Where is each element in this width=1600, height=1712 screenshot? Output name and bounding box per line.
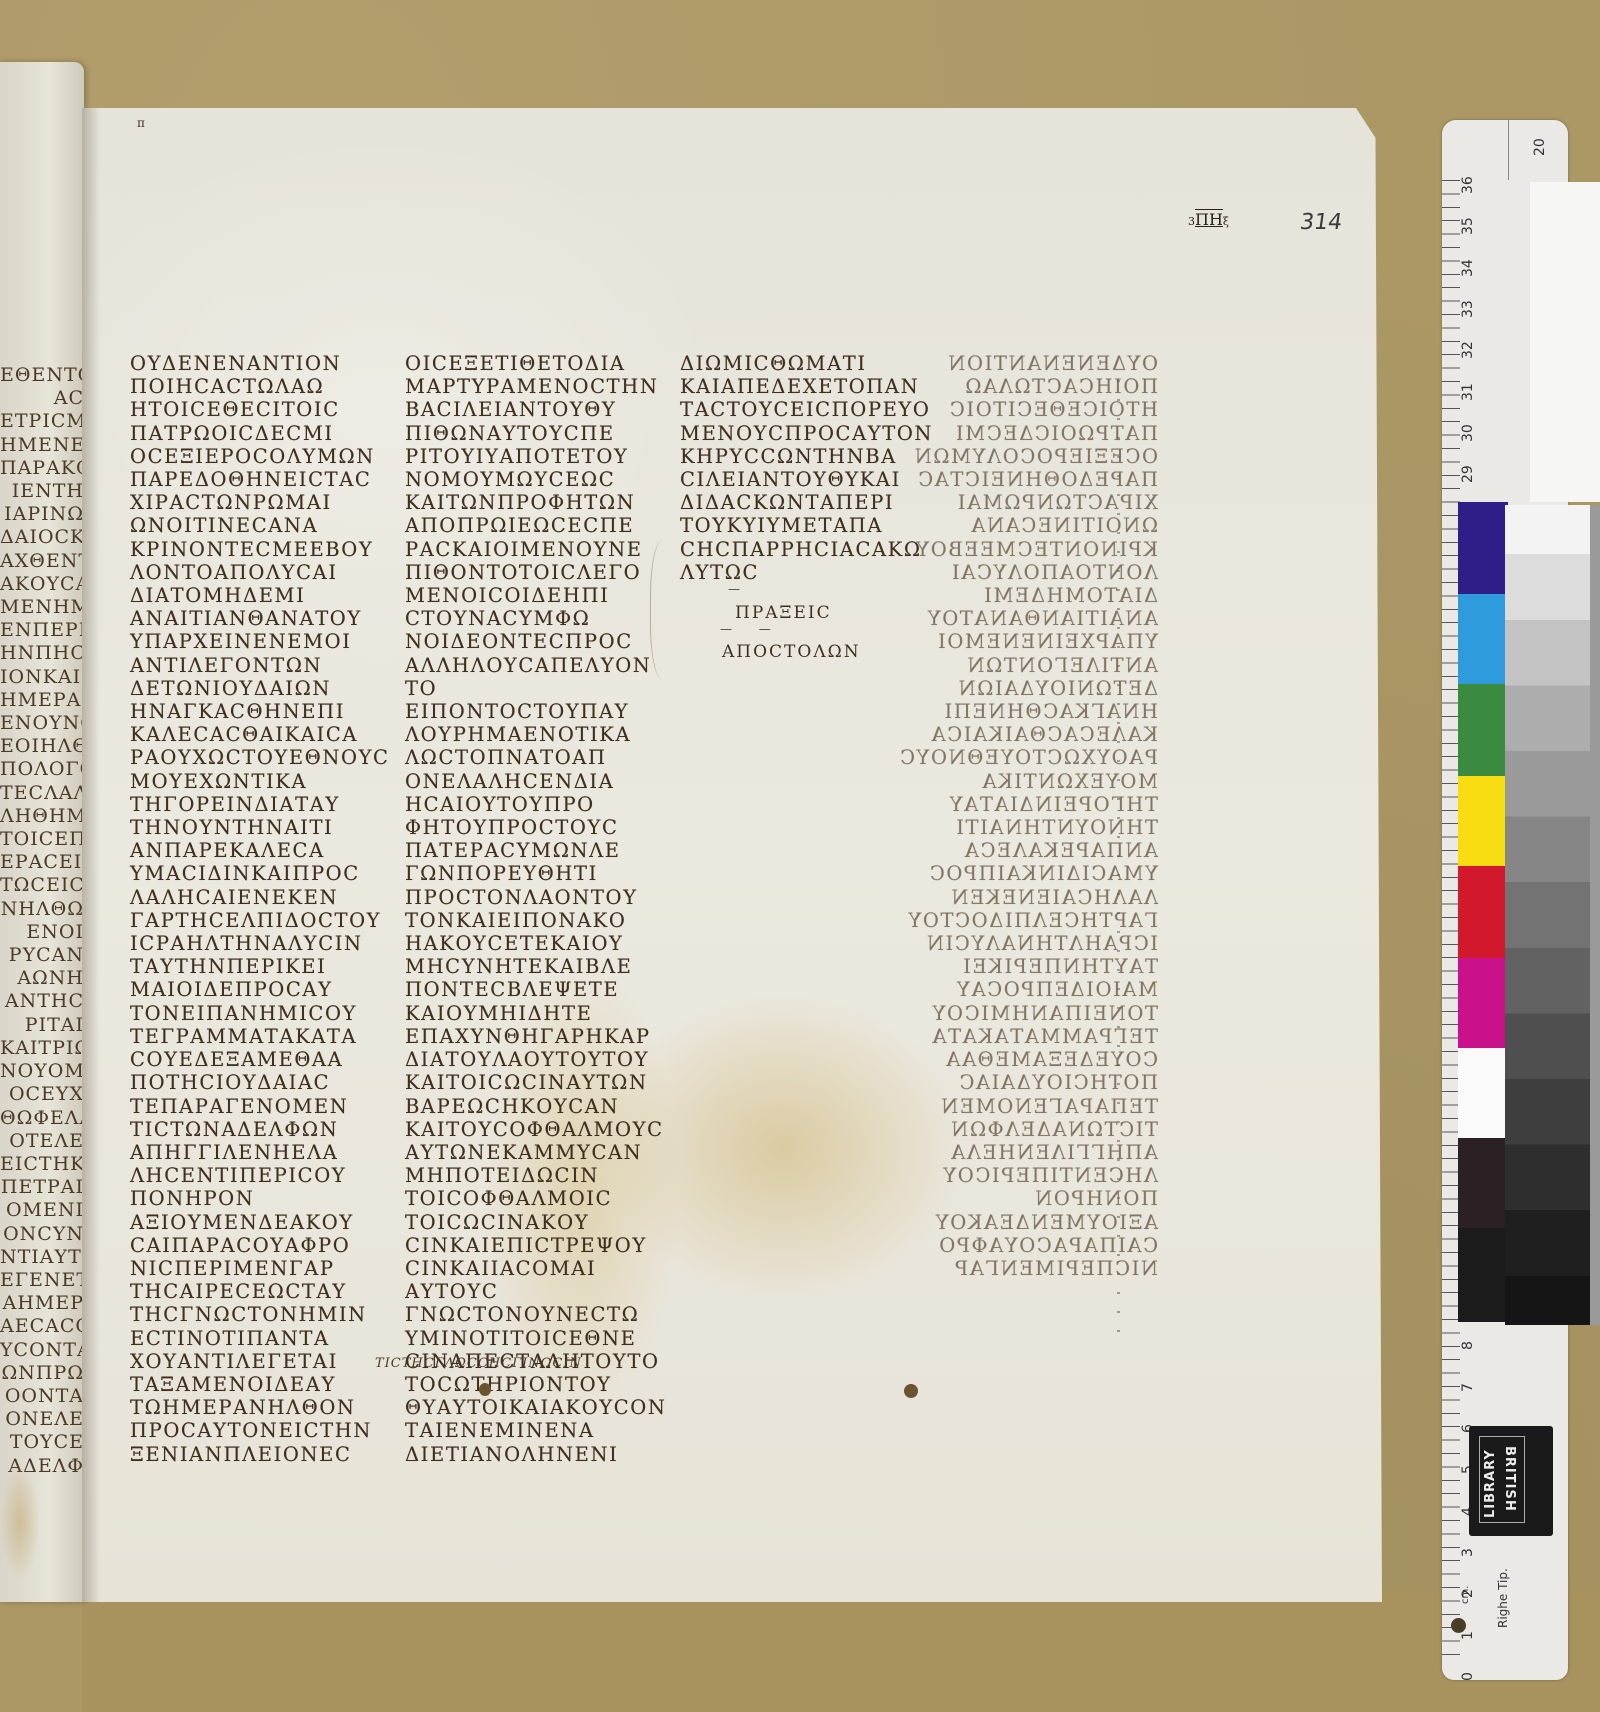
adjacent-text-line: ΑΧΘΕΝΤ <box>0 550 84 573</box>
adjacent-text-line: ΗΜΕΝΕΝ <box>0 434 84 457</box>
text-line: ΤΟΝΚΑΙΕΙΠΟΝΑΚΟ <box>405 909 667 932</box>
swatch-white <box>1458 1048 1508 1138</box>
decorative-dash: — <box>728 582 740 596</box>
text-line: ΓΑΡΤΗCΕΛΠΙΔΟCΤΟΥ <box>130 909 390 932</box>
adjacent-text-line: ΗΜΕΡΑΝΕ <box>0 689 84 712</box>
text-line: ΝΟΜΟΥΜΩΥCΕΩC <box>405 468 667 491</box>
text-line: ΔΙΕΤΙΑΝΟΛΗΝΕΝΙ <box>405 1443 667 1466</box>
ruler-cm-label: 32 <box>1460 341 1476 359</box>
text-line: ΛΩCΤΟΠΝΑΤΟΑΠ <box>405 746 667 769</box>
text-line: ΔΙΑΤΟΜΗΔΕΜΙ <box>130 584 390 607</box>
text-column-3: ΔΙΩΜΙCΘΩΜΑΤΙΚΑΙΑΠΕΔΕΧΕΤΟΠΑΝΤΑCΤΟΥCΕΙCΠΟΡ… <box>680 352 933 584</box>
text-line: ΤΑΙΕΝΕΜΙΝΕΝΑ <box>405 1419 667 1442</box>
adjacent-text-line: ΡΥCΑΝ <box>0 944 84 967</box>
text-line: ΤΑΞΑΜΕΝΟΙΔΕΑΥ <box>130 1373 390 1396</box>
adjacent-text-line: ΕΝΠΕΡΙ <box>0 619 84 642</box>
adjacent-text-line: ΠΕΤΡΑΙ <box>0 1176 84 1199</box>
adjacent-text-line: ΕΡΑCΕΙΠ <box>0 851 84 874</box>
text-line: ΠΑΤΕΡΑCΥΜΩΝΛΕ <box>405 839 667 862</box>
adjacent-text-line: ΝΤΙΑΥΤΟ <box>0 1246 84 1269</box>
text-line: ΧΙΡΑCΤΩΝΡΩΜΑΙ <box>130 491 390 514</box>
text-line: ΧΟΥΑΝΤΙΛΕΓΕΤΑΙ <box>130 1350 390 1373</box>
swatch-cyan <box>1458 594 1508 684</box>
text-line: ΚΗΡΥCCΩΝΤΗΝΒΑ <box>680 445 933 468</box>
adjacent-text-line: ΕΘΕΝΤΟΙΠ <box>0 364 84 387</box>
text-line: ΔΙΩΜΙCΘΩΜΑΤΙ <box>680 352 933 375</box>
adjacent-text-line: ΑΕCΑCΟ <box>0 1315 84 1338</box>
text-line: ΤΩΗΜΕΡΑΝΗΛΘΟΝ <box>130 1396 390 1419</box>
text-line: ΠΙΘΩΝΑΥΤΟΥCΠΕ <box>405 422 667 445</box>
text-line: ΤΗCΑΙΡΕCΕΩCΤΑΥ <box>130 1280 390 1303</box>
adjacent-text-line: ΤΩCΕΙC <box>0 874 84 897</box>
text-line: ΛΗCΕΝΤΙΠΕΡΙCΟΥ <box>130 1164 390 1187</box>
text-line: ΦΗΤΟΥΠΡΟCΤΟΥC <box>405 816 667 839</box>
adjacent-text-line: ΑΚΟΥCΑC <box>0 573 84 596</box>
ruler-cm-label: 8 <box>1460 1341 1476 1350</box>
text-line: ΤΟΝΕΙΠΑΝΗΜΙCΟΥ <box>130 1002 390 1025</box>
text-line: ΜΕΝΟΥCΠΡΟCΑΥΤΟΝ <box>680 422 933 445</box>
ruler-cm-label: 7 <box>1460 1383 1476 1392</box>
adjacent-text-line: ΕΓΕΝΕΤ <box>0 1269 84 1292</box>
adjacent-text-line: ΟΤΕΛΕ <box>0 1130 84 1153</box>
text-line: ΤΕΓΡΑΜΜΑΤΑΚΑΤΑ <box>130 1025 390 1048</box>
text-line: ΠΑΤΡΩΟΙCΔΕCΜΙ <box>130 422 390 445</box>
text-line: ΑΞΙΟΥΜΕΝΔΕΑΚΟΥ <box>130 1211 390 1234</box>
white-reference <box>1530 182 1600 502</box>
text-line: ΚΑΙΤΟΥCΟΦΘΑΛΜΟΥC <box>405 1118 667 1141</box>
subscription-line-2: ΑΠΟCΤΟΛΩΝ <box>722 642 861 662</box>
adjacent-text-line: ΩΝΠΡΩ <box>0 1362 84 1385</box>
text-line: CΤΟΥΝΑCΥΜΦΩ <box>405 607 667 630</box>
ruler-cm-label: 29 <box>1460 465 1476 483</box>
adjacent-text-line: ΙΟΝΚΑΙΜ <box>0 666 84 689</box>
adjacent-text-line: ΟΟΝΤΑ <box>0 1385 84 1408</box>
adjacent-text-line: ΑC <box>0 387 84 410</box>
text-line: ΤΑΥΤΗΝΠΕΡΙΚΕΙ <box>130 955 390 978</box>
adjacent-text-line: ΚΑΙΤΡΙΩ <box>0 1037 84 1060</box>
adjacent-text-line: ΝΟΥΟΜ <box>0 1060 84 1083</box>
ruler-cm-label: 36 <box>1460 176 1476 194</box>
ruler-cm-label: 33 <box>1460 300 1476 318</box>
text-line: ΗCΑΙΟΥΤΟΥΠΡΟ <box>405 793 667 816</box>
ruler-cm-label: 0 <box>1460 1672 1476 1681</box>
text-line: ΔΕΤΩΝΙΟΥΔΑΙΩΝ <box>130 677 390 700</box>
text-line: ΜΗΠΟΤΕΙΔΩCΙΝ <box>405 1164 667 1187</box>
ruler-cm-label: 30 <box>1460 424 1476 442</box>
text-column-2: ΟΙCΕΞΕΤΙΘΕΤΟΔΙΑΜΑΡΤΥΡΑΜΕΝΟCΤΗΝΒΑCΙΛΕΙΑΝΤ… <box>405 352 667 1466</box>
adjacent-page: ΕΘΕΝΤΟΙΠΑCΕΤΡΙCΜΗΝΗΜΕΝΕΝΠΑΡΑΚΟΙΕΝΤΗΙΑΡΙΝ… <box>0 62 84 1602</box>
text-line: ΤΟΙCΩCΙΝΑΚΟΥ <box>405 1211 667 1234</box>
text-line: CΑΙΠΑΡΑCΟΥΑΦΡΟ <box>130 1234 390 1257</box>
adjacent-text-line: ΤΟΙCΕΠΙΜ <box>0 828 84 851</box>
swatch-brown-black <box>1458 1138 1508 1228</box>
mount-board-lower <box>82 1592 1600 1712</box>
ruler-cm-label: 34 <box>1460 259 1476 277</box>
decorative-dash: — — <box>720 622 771 636</box>
text-line: ΔΙΔΑCΚΩΝΤΑΠΕΡΙ <box>680 491 933 514</box>
text-line: ΚΑΙΑΠΕΔΕΧΕΤΟΠΑΝ <box>680 375 933 398</box>
text-line: ΤΗCΓΝΩCΤΟΝΗΜΙΝ <box>130 1303 390 1326</box>
text-line: ΤΟ <box>405 677 667 700</box>
adjacent-text-line: ΑΗΜΕΡ <box>0 1292 84 1315</box>
pricking-marks <box>1117 380 1120 1340</box>
adjacent-text-line: ΤΟΥCΕ <box>0 1431 84 1454</box>
text-line: ΑΠΟΠΡΩΙΕΩCΕCΠΕ <box>405 514 667 537</box>
swatch-black <box>1458 1228 1508 1322</box>
text-line: ΡΑΟΥΧΩCΤΟΥΕΘΝΟΥC <box>130 746 390 769</box>
parchment-hole <box>904 1384 918 1398</box>
text-line: ΒΑCΙΛΕΙΑΝΤΟΥΘΥ <box>405 398 667 421</box>
text-line: ΟΥΔΕΝΕΝΑΝΤΙΟΝ <box>130 352 390 375</box>
adjacent-text-line: ΠΟΛΟΓCΟ <box>0 758 84 781</box>
parchment-hole <box>479 1383 491 1396</box>
text-line: ΓΩΝΠΟΡΕΥΘΗΤΙ <box>405 862 667 885</box>
parchment-crack <box>650 540 681 680</box>
text-line: ΒΑΡΕΩCΗΚΟΥCΑΝ <box>405 1095 667 1118</box>
text-line: ΚΑΙΤΩΝΠΡΟΦΗΤΩΝ <box>405 491 667 514</box>
text-line: ΤΟΙCΟΦΘΑΛΜΟΙC <box>405 1187 667 1210</box>
text-line: ΑΝΤΙΛΕΓΟΝΤΩΝ <box>130 654 390 677</box>
text-line: ΕΠΑΧΥΝΘΗΓΑΡΗΚΑΡ <box>405 1025 667 1048</box>
text-line: ΝΟΙΔΕΟΝΤΕCΠΡΟC <box>405 630 667 653</box>
text-line: ΑΥΤΟΥC <box>405 1280 667 1303</box>
adjacent-text-line: ΙΕΝΤΗ <box>0 480 84 503</box>
text-line: ΠΟΝΗΡΟΝ <box>130 1187 390 1210</box>
adjacent-text-line: ΙΑΡΙΝΩ <box>0 503 84 526</box>
adjacent-text-line: ΟΝCΥΝ <box>0 1223 84 1246</box>
text-line: ΡΑCΚΑΙΟΙΜΕΝΟΥΝΕ <box>405 538 667 561</box>
text-line: ΤΗΓΟΡΕΙΝΔΙΑΤΑΥ <box>130 793 390 816</box>
text-line: ΓΝΩCΤΟΝΟΥΝΕCΤΩ <box>405 1303 667 1326</box>
text-line: ΤΙCΤΩΝΑΔΕΛΦΩΝ <box>130 1118 390 1141</box>
text-line: ΛΟΥΡΗΜΑΕΝΟΤΙΚΑ <box>405 723 667 746</box>
text-line: ΤΟCΩΤΗΡΙΟΝΤΟΥ <box>405 1373 667 1396</box>
ruler-hole <box>1451 1618 1466 1633</box>
text-line: ΤΟΥΚΥΙΥΜΕΤΑΠΑ <box>680 514 933 537</box>
ruler-unit-label: cm. <box>1460 1586 1471 1604</box>
adjacent-text-line: ΕΝΟΙ <box>0 921 84 944</box>
ruler-cm-label: 3 <box>1460 1548 1476 1557</box>
swatch-yellow <box>1458 776 1508 866</box>
adjacent-text-line: ΝΗΛΘΩ <box>0 898 84 921</box>
color-calibration-strip <box>1458 502 1508 1322</box>
swatch-magenta <box>1458 958 1508 1048</box>
adjacent-text-line: ΔΑΙΟCΚ <box>0 526 84 549</box>
text-line: ΤΕΠΑΡΑΓΕΝΟΜΕΝ <box>130 1095 390 1118</box>
text-line: ΞΕΝΙΑΝΠΛΕΙΟΝΕC <box>130 1443 390 1466</box>
text-line: ΤΑCΤΟΥCΕΙCΠΟΡΕΥΟ <box>680 398 933 421</box>
text-line: ΠΟΙΗCΑCΤΩΛΑΩ <box>130 375 390 398</box>
text-line: ΑΥΤΩΝΕΚΑΜΜΥCΑΝ <box>405 1141 667 1164</box>
adjacent-text-line: ΕΟΙΗΛΘΟΝ <box>0 735 84 758</box>
adjacent-text-line: ΥCΟΝΤΑ <box>0 1339 84 1362</box>
text-line: ΔΙΑΤΟΥΛΑΟΥΤΟΥΤΟΥ <box>405 1048 667 1071</box>
adjacent-text-line: ΑΩΝΗ <box>0 967 84 990</box>
text-line: CΗCΠΑΡΡΗCΙΑCΑΚΩ <box>680 538 933 561</box>
subscription-line-1: ΠΡΑΞΕΙC <box>735 603 832 623</box>
text-line: ΠΙΘΟΝΤΟΤΟΙCΛΕΓΟ <box>405 561 667 584</box>
ruler-top-label: 20 <box>1532 138 1548 156</box>
label-text-british: BRITISH <box>1502 1446 1517 1512</box>
british-library-label: LIBRARY BRITISH <box>1469 1426 1553 1536</box>
adjacent-text-line: ΛΗΘΗΜΕΝ <box>0 805 84 828</box>
text-line: ΠΡΟCΤΟΝΛΑΟΝΤΟΥ <box>405 886 667 909</box>
text-line: ΛΟΝΤΟΑΠΟΛΥCΑΙ <box>130 561 390 584</box>
text-line: ΜΑΙΟΙΔΕΠΡΟCΑΥ <box>130 978 390 1001</box>
greyscale-edge <box>1590 505 1600 1325</box>
text-line: ΑΠΗΓΓΙΛΕΝΗΕΛΑ <box>130 1141 390 1164</box>
adjacent-text-line: ΑΝΤΗC <box>0 990 84 1013</box>
adjacent-text-line: ΕΙCΤΗΚ <box>0 1153 84 1176</box>
top-margin-mark: π <box>137 116 145 130</box>
text-line: ΘΥΑΥΤΟΙΚΑΙΑΚΟΥCΟΝ <box>405 1396 667 1419</box>
swatch-green <box>1458 684 1508 776</box>
text-line: ΠΟΤΗCΙΟΥΔΑΙΑC <box>130 1071 390 1094</box>
adjacent-page-text: ΕΘΕΝΤΟΙΠΑCΕΤΡΙCΜΗΝΗΜΕΝΕΝΠΑΡΑΚΟΙΕΝΤΗΙΑΡΙΝ… <box>0 364 84 1478</box>
text-line: ΛΥΤΩC <box>680 561 933 584</box>
text-line: ΗΤΟΙCΕΘΕCΙΤΟΙC <box>130 398 390 421</box>
adjacent-text-line: ΟCΕΥΧ <box>0 1083 84 1106</box>
text-line: ΩΝΟΙΤΙΝΕCΑΝΑ <box>130 514 390 537</box>
ruler-cm-label: 31 <box>1460 383 1476 401</box>
text-line: ΑΛΛΗΛΟΥCΑΠΕΛΥΟΝ <box>405 654 667 677</box>
text-line: CΙΝΚΑΙΙΑCΟΜΑΙ <box>405 1257 667 1280</box>
text-line: ΟΙCΕΞΕΤΙΘΕΤΟΔΙΑ <box>405 352 667 375</box>
text-line: CΟΥΕΔΕΞΑΜΕΘΑΑ <box>130 1048 390 1071</box>
text-line: ΟΝΕΛΑΛΗCΕΝΔΙΑ <box>405 770 667 793</box>
text-line: ΚΑΙΟΥΜΗΙΔΗΤΕ <box>405 1002 667 1025</box>
show-through-line: ΟΥΔΕΝΕΝΑΝΤΙΟΝ <box>898 352 1158 375</box>
text-line: ΜΕΝΟΙCΟΙΔΕΗΠΙ <box>405 584 667 607</box>
text-line: ΙCΡΑΗΛΤΗΝΑΛΥCΙΝ <box>130 932 390 955</box>
text-line: ΕΙΠΟΝΤΟCΤΟΥΠΑΥ <box>405 700 667 723</box>
text-line: ΥΠΑΡΧΕΙΝΕΝΕΜΟΙ <box>130 630 390 653</box>
label-text-library: LIBRARY <box>1483 1449 1498 1518</box>
adjacent-text-line: ΕΝΟΥΝΟ <box>0 712 84 735</box>
text-line: ΛΑΛΗCΑΙΕΝΕΚΕΝ <box>130 886 390 909</box>
text-line: ΑΝΑΙΤΙΑΝΘΑΝΑΤΟΥ <box>130 607 390 630</box>
text-line: ΚΡΙΝΟΝΤΕCΜΕΕΒΟΥ <box>130 538 390 561</box>
text-line: ΡΙΤΟΥΙΥΑΠΟΤΕΤΟΥ <box>405 445 667 468</box>
text-line: ΚΑΛΕCΑCΘΑΙΚΑΙCΑ <box>130 723 390 746</box>
adjacent-text-line: ΟΝΕΛΕ <box>0 1408 84 1431</box>
text-line: ΗΝΑΓΚΑCΘΗΝΕΠΙ <box>130 700 390 723</box>
text-line: ΚΑΙΤΟΙCΩCΙΝΑΥΤΩΝ <box>405 1071 667 1094</box>
text-line: ΥΜΙΝΟΤΙΤΟΙCΕΘΝΕ <box>405 1327 667 1350</box>
text-line: ΕCΤΙΝΟΤΙΠΑΝΤΑ <box>130 1327 390 1350</box>
text-line: ΜΗCΥΝΗΤΕΚΑΙΒΛΕ <box>405 955 667 978</box>
swatch-red <box>1458 866 1508 958</box>
ruler-secondary-label: Righe Tip. <box>1496 1568 1510 1628</box>
text-line: ΝΙCΠΕΡΙΜΕΝΓΑΡ <box>130 1257 390 1280</box>
adjacent-text-line: ΜΕΝΗΜ <box>0 596 84 619</box>
margin-correction: ΤΙCΤΗCΓΛΩCCΗCΓΙΝΩCΙΝ <box>375 1356 582 1371</box>
greyscale-strip <box>1505 505 1600 1325</box>
text-line: ΟCΕΞΙΕΡΟCΟΛΥΜΩΝ <box>130 445 390 468</box>
text-line: CΙΛΕΙΑΝΤΟΥΘΥΚΑΙ <box>680 468 933 491</box>
adjacent-text-line: ΡΙΤΑΙ <box>0 1014 84 1037</box>
adjacent-text-line: ΟΜΕΝΙ <box>0 1199 84 1222</box>
text-line: ΗΑΚΟΥCΕΤΕΚΑΙΟΥ <box>405 932 667 955</box>
gutter-shadow <box>82 108 100 1602</box>
adjacent-text-line: ΠΑΡΑΚΟ <box>0 457 84 480</box>
adjacent-text-line: ΤΕCΛΑΛ <box>0 782 84 805</box>
text-line: ΠΡΟCΑΥΤΟΝΕΙCΤΗΝ <box>130 1419 390 1442</box>
text-line: ΠΑΡΕΔΟΘΗΝΕΙCΤΑC <box>130 468 390 491</box>
text-column-1: ΟΥΔΕΝΕΝΑΝΤΙΟΝΠΟΙΗCΑCΤΩΛΑΩΗΤΟΙCΕΘΕCΙΤΟΙCΠ… <box>130 352 390 1466</box>
adjacent-text-line: ΘΩΦΕΛΛ <box>0 1107 84 1130</box>
folio-number: 314 <box>1298 210 1344 235</box>
text-line: CΙΝΚΑΙΕΠΙCΤΡΕΨΟΥ <box>405 1234 667 1257</box>
text-line: ΤΗΝΟΥΝΤΗΝΑΙΤΙ <box>130 816 390 839</box>
text-line: ΠΟΝΤΕCΒΛΕΨΕΤΕ <box>405 978 667 1001</box>
text-line: ΑΝΠΑΡΕΚΑΛΕCΑ <box>130 839 390 862</box>
swatch-blue <box>1458 502 1508 594</box>
ruler-cm-label: 35 <box>1460 217 1476 235</box>
adjacent-text-line: ΕΤΡΙCΜΗΝ <box>0 410 84 433</box>
text-line: ΜΟΥΕΧΩΝΤΙΚΑ <box>130 770 390 793</box>
stain <box>0 1462 40 1582</box>
text-line: ΥΜΑCΙΔΙΝΚΑΙΠΡΟC <box>130 862 390 885</box>
adjacent-text-line: ΗΝΠΗCΑ <box>0 642 84 665</box>
text-line: ΜΑΡΤΥΡΑΜΕΝΟCΤΗΝ <box>405 375 667 398</box>
quire-signature: 3ΠΗξ <box>1188 210 1229 229</box>
